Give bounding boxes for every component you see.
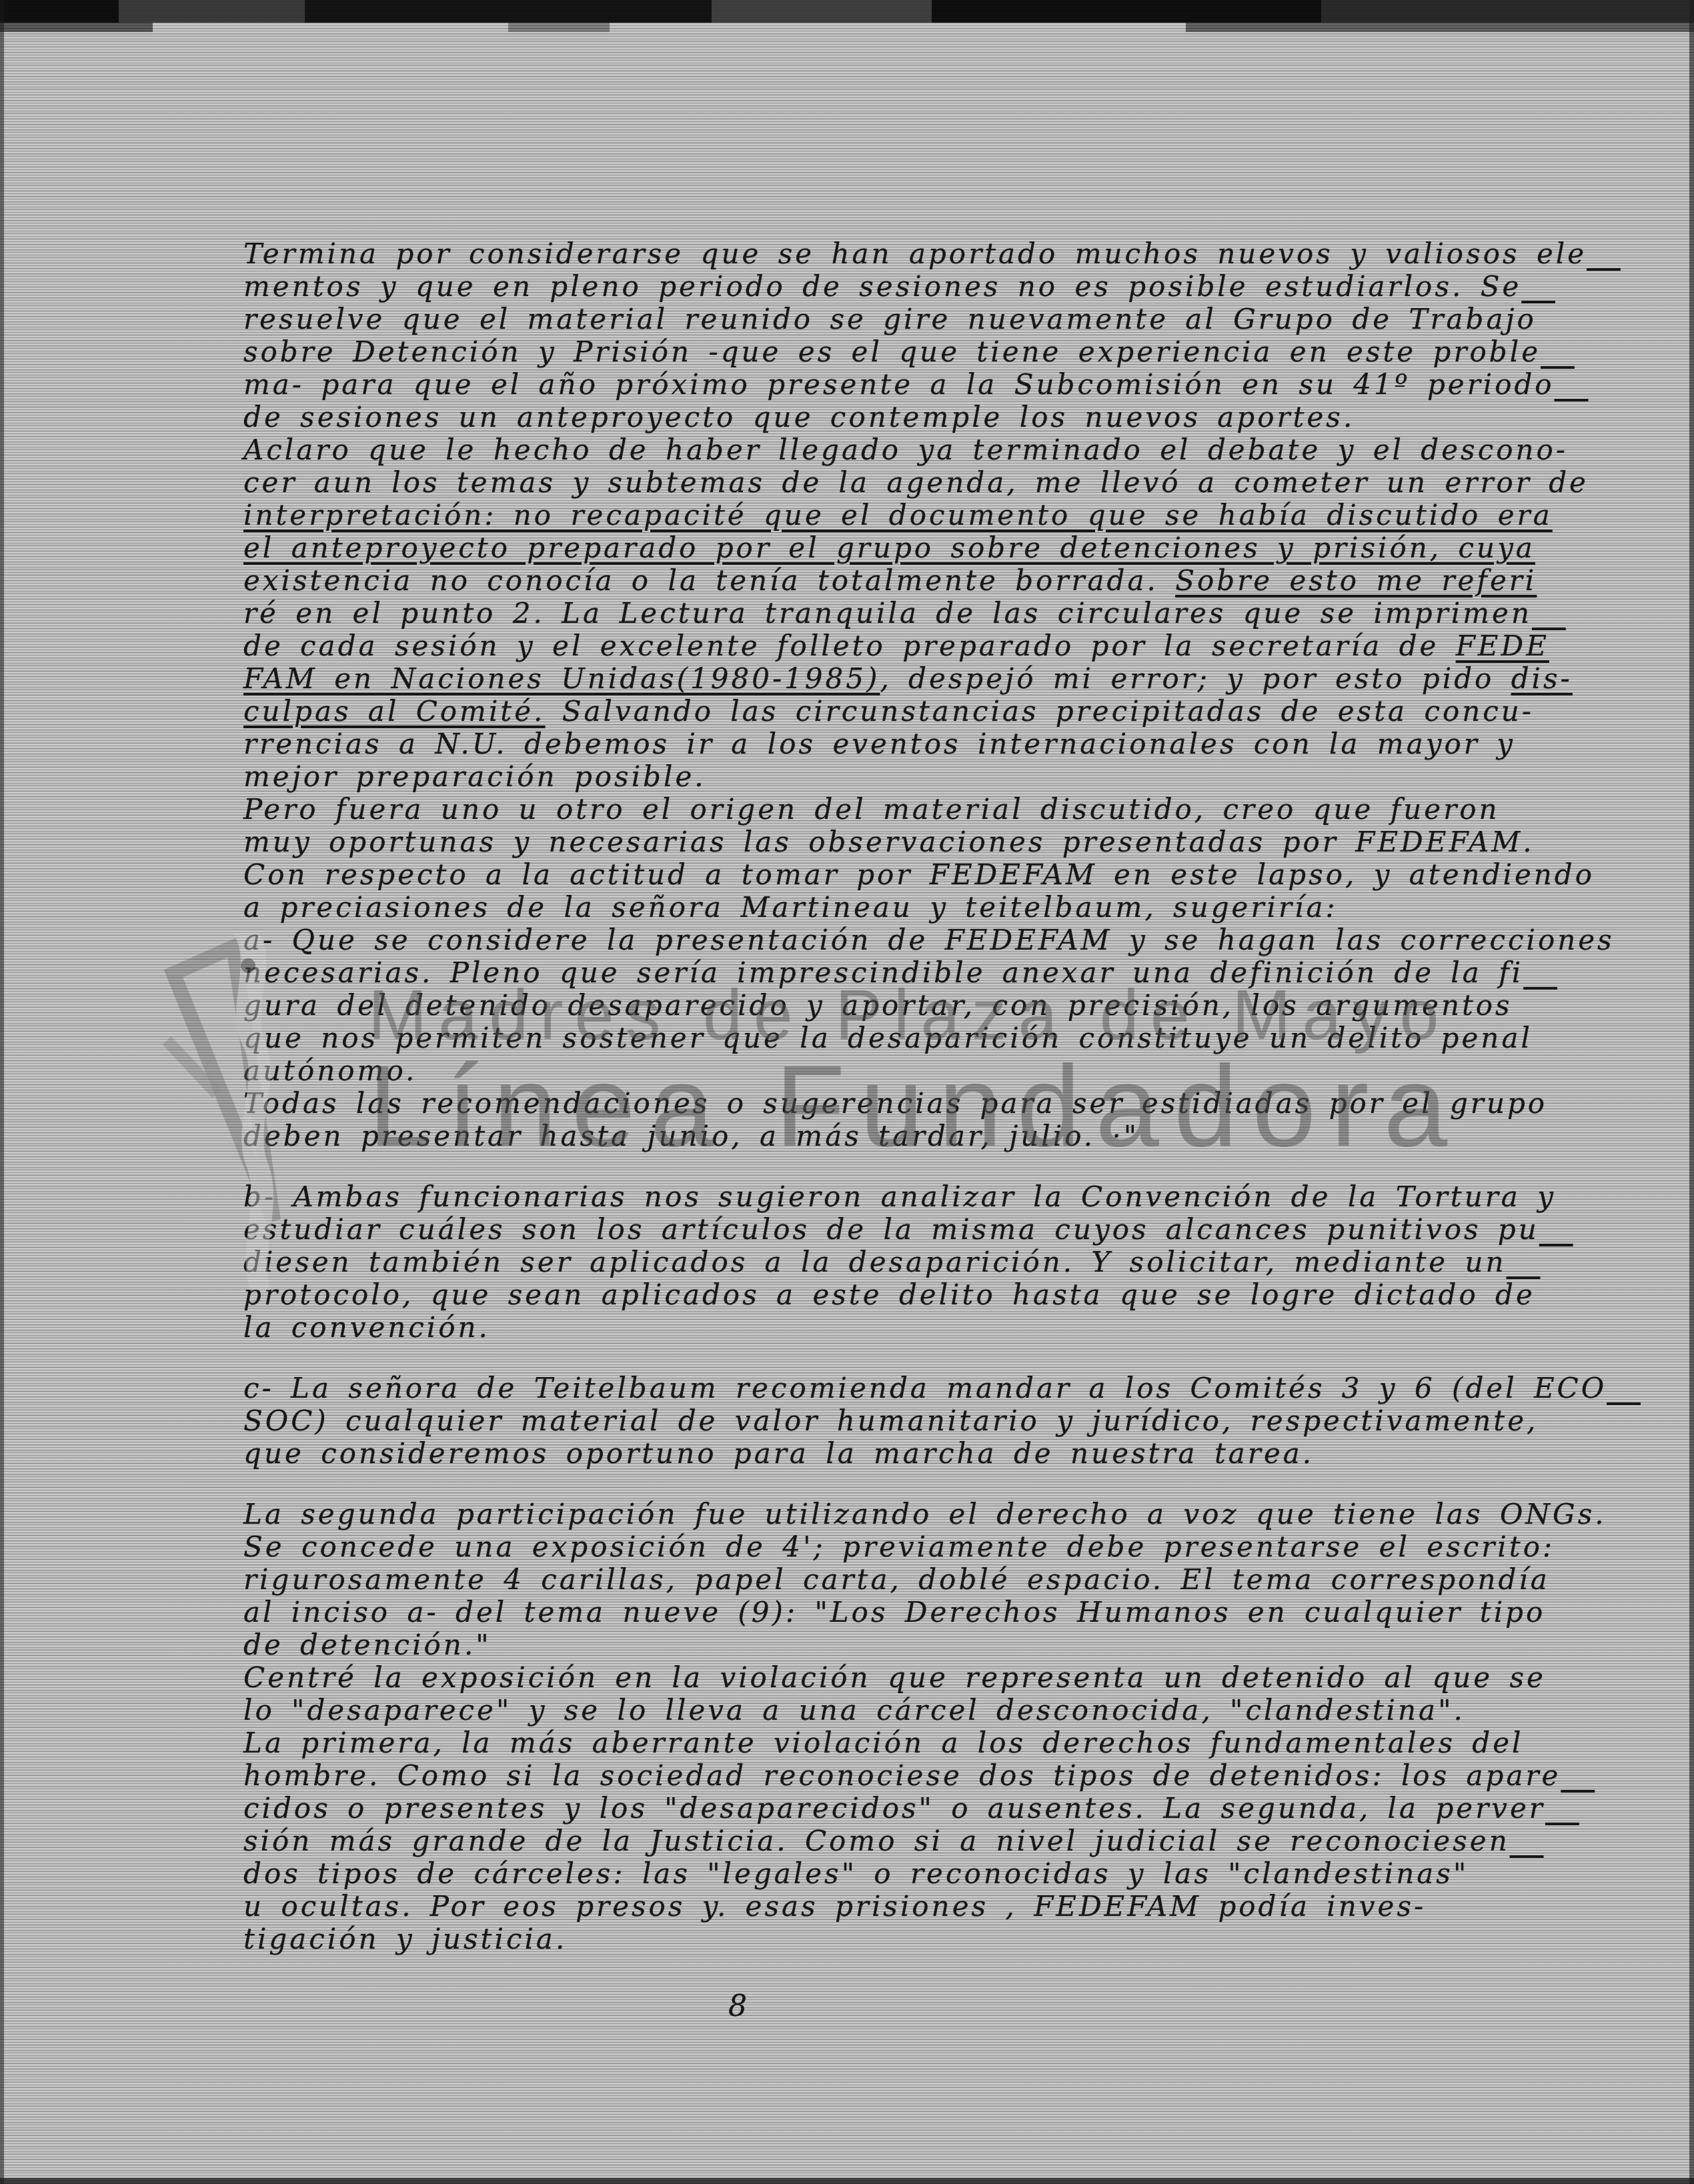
text-segment: Salvando las circunstancias precipitadas…: [545, 695, 1534, 728]
scan-edge-bottom: [0, 2178, 1694, 2184]
text-line: dos tipos de cárceles: las "legales" o r…: [243, 1857, 1577, 1890]
text-segment: la convención.: [243, 1311, 490, 1344]
paragraph: b- Ambas funcionarias nos sugieron anali…: [243, 1180, 1577, 1344]
text-segment: que consideremos oportuno para la marcha…: [243, 1437, 1314, 1470]
text-segment: mentos y que en pleno periodo de sesione…: [243, 270, 1521, 303]
text-segment: Pero fuera uno u otro el origen del mate…: [243, 793, 1500, 826]
scanned-document-page: { "page": { "number": "8" }, "colors": {…: [0, 0, 1694, 2184]
text-line: ré en el punto 2. La Lectura tranquila d…: [243, 597, 1577, 630]
text-segment: de sesiones un anteproyecto que contempl…: [243, 401, 1355, 433]
text-line: cer aun los temas y subtemas de la agend…: [243, 466, 1577, 499]
text-segment: Centré la exposición en la violación que…: [243, 1661, 1546, 1694]
text-line: de detención.": [243, 1628, 1577, 1661]
text-line: FAM en Naciones Unidas(1980-1985), despe…: [243, 662, 1577, 695]
text-line: Aclaro que le hecho de haber llegado ya …: [243, 433, 1577, 466]
text-segment: de detención.": [243, 1628, 492, 1661]
text-segment: de cada sesión y el excelente folleto pr…: [243, 630, 1456, 662]
text-segment: , despejó mi error; y por esto pido: [880, 662, 1511, 695]
paragraph: c- La señora de Teitelbaum recomienda ma…: [243, 1372, 1577, 1470]
text-segment: Termina por considerarse que se han apor…: [243, 237, 1587, 270]
text-line: sión más grande de la Justicia. Como si …: [243, 1825, 1577, 1857]
underlined-text-segment: [1541, 335, 1575, 368]
text-line: estudiar cuáles son los artículos de la …: [243, 1213, 1577, 1246]
text-line: interpretación: no recapacité que el doc…: [243, 499, 1577, 531]
text-segment: La primera, la más aberrante violación a…: [243, 1727, 1523, 1759]
text-line: Pero fuera uno u otro el origen del mate…: [243, 793, 1577, 826]
text-line: u ocultas. Por eos presos y. esas prisio…: [243, 1890, 1577, 1923]
text-segment: mejor preparación posible.: [243, 760, 706, 793]
text-segment: Con respecto a la actitud a tomar por FE…: [243, 858, 1595, 891]
underlined-text-segment: interpretación: no recapacité que el doc…: [243, 499, 1553, 531]
text-segment: ré en el punto 2. La Lectura tranquila d…: [243, 597, 1532, 630]
text-segment: c- La señora de Teitelbaum recomienda ma…: [243, 1372, 1607, 1404]
underlined-text-segment: Sobre esto me referi: [1175, 564, 1537, 597]
underlined-text-segment: [1523, 956, 1557, 989]
text-line: culpas al Comité. Salvando las circunsta…: [243, 695, 1577, 728]
text-segment: b- Ambas funcionarias nos sugieron anali…: [243, 1180, 1556, 1213]
underlined-text-segment: FAM en Naciones Unidas(1980-1985): [243, 662, 880, 695]
text-line: ma- para que el año próximo presente a l…: [243, 368, 1577, 401]
text-line: Con respecto a la actitud a tomar por FE…: [243, 858, 1577, 891]
text-segment: rigurosamente 4 carillas, papel carta, d…: [243, 1563, 1550, 1596]
underlined-text-segment: [1532, 597, 1566, 630]
underlined-text-segment: [1510, 1825, 1544, 1857]
text-segment: SOC) cualquier material de valor humanit…: [243, 1404, 1538, 1437]
text-segment: a- Que se considere la presentación de F…: [243, 924, 1615, 956]
underlined-text-segment: el anteproyecto preparado por el grupo s…: [243, 531, 1535, 564]
text-line: rrencias a N.U. debemos ir a los eventos…: [243, 728, 1577, 760]
text-line: que consideremos oportuno para la marcha…: [243, 1437, 1577, 1470]
text-line: al inciso a- del tema nueve (9): "Los De…: [243, 1596, 1577, 1628]
watermark-text-linea-fundadora: Línea Fundadora: [368, 1040, 1462, 1172]
text-line: a preciasiones de la señora Martineau y …: [243, 891, 1577, 924]
text-segment: hombre. Como si la sociedad reconociese …: [243, 1759, 1561, 1792]
underlined-text-segment: [1521, 270, 1555, 303]
text-line: sobre Detención y Prisión -que es el que…: [243, 335, 1577, 368]
text-segment: muy oportunas y necesarias las observaci…: [243, 826, 1535, 858]
text-segment: cidos o presentes y los "desaparecidos" …: [243, 1792, 1545, 1825]
text-line: La primera, la más aberrante violación a…: [243, 1727, 1577, 1759]
text-line: diesen también ser aplicados a la desapa…: [243, 1246, 1577, 1278]
text-segment: a preciasiones de la señora Martineau y …: [243, 891, 1338, 924]
text-segment: al inciso a- del tema nueve (9): "Los De…: [243, 1596, 1545, 1628]
text-segment: u ocultas. Por eos presos y. esas prisio…: [243, 1890, 1426, 1923]
text-line: protocolo, que sean aplicados a este del…: [243, 1278, 1577, 1311]
text-line: resuelve que el material reunido se gire…: [243, 303, 1577, 335]
underlined-text-segment: [1555, 368, 1589, 401]
text-line: La segunda participación fue utilizando …: [243, 1498, 1577, 1530]
text-segment: Se concede una exposición de 4'; previam…: [243, 1530, 1555, 1563]
text-segment: existencia no conocía o la tenía totalme…: [243, 564, 1175, 597]
text-line: mejor preparación posible.: [243, 760, 1577, 793]
scan-edge-top-ragged: [0, 23, 1694, 32]
underlined-text-segment: [1507, 1246, 1541, 1278]
text-line: a- Que se considere la presentación de F…: [243, 924, 1577, 956]
text-line: el anteproyecto preparado por el grupo s…: [243, 531, 1577, 564]
text-segment: diesen también ser aplicados a la desapa…: [243, 1246, 1507, 1278]
text-segment: resuelve que el material reunido se gire…: [243, 303, 1537, 335]
scan-edge-top: [0, 0, 1694, 23]
text-segment: estudiar cuáles son los artículos de la …: [243, 1213, 1539, 1246]
text-segment: Aclaro que le hecho de haber llegado ya …: [243, 433, 1568, 466]
underlined-text-segment: FEDE: [1456, 630, 1549, 662]
text-line: c- La señora de Teitelbaum recomienda ma…: [243, 1372, 1577, 1404]
underlined-text-segment: [1539, 1213, 1573, 1246]
scan-edge-left: [0, 0, 4, 2184]
underlined-text-segment: [1545, 1792, 1579, 1825]
text-segment: dos tipos de cárceles: las "legales" o r…: [243, 1857, 1469, 1890]
underlined-text-segment: culpas al Comité.: [243, 695, 545, 728]
text-segment: protocolo, que sean aplicados a este del…: [243, 1278, 1535, 1311]
text-segment: ma- para que el año próximo presente a l…: [243, 368, 1555, 401]
text-line: hombre. Como si la sociedad reconociese …: [243, 1759, 1577, 1792]
text-line: lo "desaparece" y se lo lleva a una cárc…: [243, 1694, 1577, 1727]
text-line: SOC) cualquier material de valor humanit…: [243, 1404, 1577, 1437]
text-line: de cada sesión y el excelente folleto pr…: [243, 630, 1577, 662]
text-segment: cer aun los temas y subtemas de la agend…: [243, 466, 1589, 499]
underlined-text-segment: [1561, 1759, 1595, 1792]
text-line: la convención.: [243, 1311, 1577, 1344]
underlined-text-segment: [1607, 1372, 1641, 1404]
text-line: Se concede una exposición de 4'; previam…: [243, 1530, 1577, 1563]
text-line: mentos y que en pleno periodo de sesione…: [243, 270, 1577, 303]
underlined-text-segment: dis-: [1511, 662, 1573, 695]
text-segment: sión más grande de la Justicia. Como si …: [243, 1825, 1510, 1857]
text-line: Centré la exposición en la violación que…: [243, 1661, 1577, 1694]
text-line: b- Ambas funcionarias nos sugieron anali…: [243, 1180, 1577, 1213]
page-number: 8: [728, 1989, 747, 2023]
text-line: muy oportunas y necesarias las observaci…: [243, 826, 1577, 858]
text-line: cidos o presentes y los "desaparecidos" …: [243, 1792, 1577, 1825]
madres-panuelo-logo-watermark: [153, 927, 327, 1300]
underlined-text-segment: [1587, 237, 1621, 270]
text-line: tigación y justicia.: [243, 1923, 1577, 1955]
paragraph: La segunda participación fue utilizando …: [243, 1498, 1577, 1955]
text-segment: sobre Detención y Prisión -que es el que…: [243, 335, 1541, 368]
scan-edge-right: [1689, 0, 1694, 2184]
text-line: existencia no conocía o la tenía totalme…: [243, 564, 1577, 597]
text-line: Termina por considerarse que se han apor…: [243, 237, 1577, 270]
text-line: de sesiones un anteproyecto que contempl…: [243, 401, 1577, 433]
text-segment: tigación y justicia.: [243, 1923, 567, 1955]
text-segment: rrencias a N.U. debemos ir a los eventos…: [243, 728, 1515, 760]
text-segment: La segunda participación fue utilizando …: [243, 1498, 1607, 1530]
text-segment: lo "desaparece" y se lo lleva a una cárc…: [243, 1694, 1465, 1727]
text-line: rigurosamente 4 carillas, papel carta, d…: [243, 1563, 1577, 1596]
